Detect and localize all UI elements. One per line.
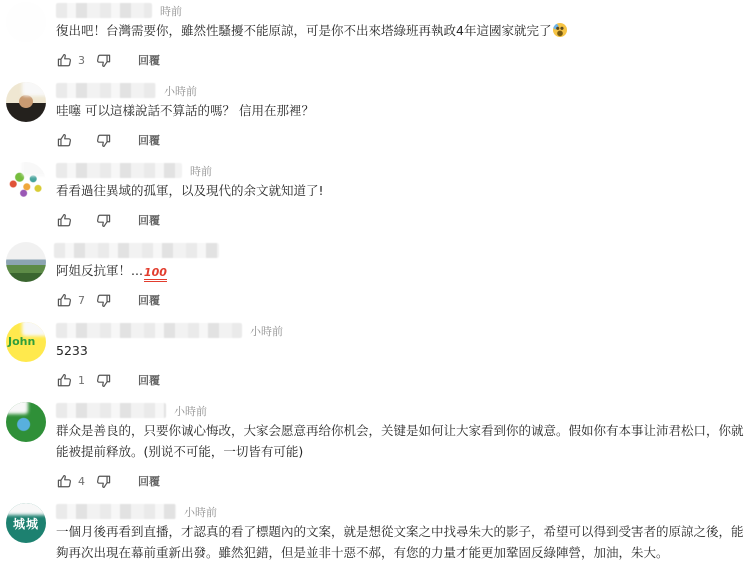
thumb-up-icon xyxy=(56,132,73,149)
redaction-blur xyxy=(22,322,46,336)
redaction-blur xyxy=(6,402,28,414)
avatar[interactable] xyxy=(6,162,46,202)
dislike-button[interactable] xyxy=(95,132,112,149)
comment: 小時前 哇噻 可以這樣說話不算話的嗎？ 信用在那裡？ 回覆 xyxy=(6,82,746,152)
comment-text: 阿姐反抗軍！... xyxy=(56,260,746,281)
avatar-face xyxy=(19,95,33,108)
like-button[interactable] xyxy=(56,52,73,69)
avatar-name-text: John xyxy=(8,335,35,348)
avatar[interactable] xyxy=(6,2,46,42)
avatar-name-text: 城城 xyxy=(13,515,39,532)
comment: 時前 看看過往異域的孤軍，以及現代的余文就知道了! 回覆 xyxy=(6,162,746,232)
comment-timestamp[interactable]: 小時前 xyxy=(174,403,207,419)
like-count: 4 xyxy=(78,475,91,488)
redacted-username[interactable] xyxy=(56,403,166,418)
reply-button[interactable]: 回覆 xyxy=(138,132,160,148)
hundred-points-emoji xyxy=(144,267,167,282)
comment: 時前 復出吧！台灣需要你，雖然性騷擾不能原諒，可是你不出來塔綠班再執政4年這國家… xyxy=(6,2,746,72)
sad-sweat-emoji xyxy=(553,23,567,37)
avatar[interactable]: John xyxy=(6,322,46,362)
comment: 小時前 群众是善良的，只要你诚心悔改，大家会愿意再给你机会，关键是如何让大家看到… xyxy=(6,402,746,493)
comment-timestamp[interactable]: 時前 xyxy=(160,3,182,19)
thumb-up-icon xyxy=(56,292,73,309)
thumb-down-icon xyxy=(95,473,112,490)
dislike-button[interactable] xyxy=(95,212,112,229)
dislike-button[interactable] xyxy=(95,372,112,389)
comment-text: 哇噻 可以這樣說話不算話的嗎？ 信用在那裡？ xyxy=(56,100,746,121)
redaction-blur xyxy=(22,82,46,96)
thumb-down-icon xyxy=(95,292,112,309)
like-count: 7 xyxy=(78,294,91,307)
redacted-username[interactable] xyxy=(56,83,156,98)
avatar[interactable] xyxy=(6,82,46,122)
avatar[interactable]: 城城 xyxy=(6,503,46,543)
redaction-blur xyxy=(6,503,46,515)
dislike-button[interactable] xyxy=(95,292,112,309)
redacted-username[interactable] xyxy=(56,323,242,338)
comment-timestamp[interactable]: 小時前 xyxy=(164,83,197,99)
thumb-down-icon xyxy=(95,132,112,149)
comment: John 小時前 5233 1 回覆 xyxy=(6,322,746,392)
redacted-username[interactable] xyxy=(56,163,182,178)
like-count: 3 xyxy=(78,54,91,67)
comment: 城城 小時前 一個月後再看到直播，才認真的看了標題內的文案，就是想從文案之中找尋… xyxy=(6,503,746,563)
comment-timestamp[interactable]: 小時前 xyxy=(250,323,283,339)
comment-text: 看看過往異域的孤軍，以及現代的余文就知道了! xyxy=(56,180,746,201)
reply-button[interactable]: 回覆 xyxy=(138,292,160,308)
like-button[interactable] xyxy=(56,132,73,149)
reply-button[interactable]: 回覆 xyxy=(138,212,160,228)
comment-timestamp[interactable]: 時前 xyxy=(190,163,212,179)
redacted-username[interactable] xyxy=(56,3,152,18)
thumb-up-icon xyxy=(56,212,73,229)
comment-text: 群众是善良的，只要你诚心悔改，大家会愿意再给你机会，关键是如何让大家看到你的诚意… xyxy=(56,420,746,462)
dislike-button[interactable] xyxy=(95,473,112,490)
comment-text: 一個月後再看到直播，才認真的看了標題內的文案，就是想從文案之中找尋朱大的影子，希… xyxy=(56,521,746,563)
like-button[interactable] xyxy=(56,212,73,229)
comment: 阿姐反抗軍！... 7 回覆 xyxy=(6,242,746,312)
avatar[interactable] xyxy=(6,242,46,282)
dislike-button[interactable] xyxy=(95,52,112,69)
reply-button[interactable]: 回覆 xyxy=(138,52,160,68)
thumb-down-icon xyxy=(95,372,112,389)
like-button[interactable] xyxy=(56,372,73,389)
redaction-blur xyxy=(22,162,46,176)
avatar[interactable] xyxy=(6,402,46,442)
thumb-up-icon xyxy=(56,372,73,389)
comment-text: 復出吧！台灣需要你，雖然性騷擾不能原諒，可是你不出來塔綠班再執政4年這國家就完了 xyxy=(56,20,746,41)
thumb-up-icon xyxy=(56,52,73,69)
reply-button[interactable]: 回覆 xyxy=(138,372,160,388)
thumb-down-icon xyxy=(95,52,112,69)
comments-section: 時前 復出吧！台灣需要你，雖然性騷擾不能原諒，可是你不出來塔綠班再執政4年這國家… xyxy=(0,0,750,563)
like-button[interactable] xyxy=(56,473,73,490)
redacted-username[interactable] xyxy=(56,504,176,519)
redacted-username[interactable] xyxy=(54,243,219,258)
thumb-up-icon xyxy=(56,473,73,490)
like-count: 1 xyxy=(78,374,91,387)
comment-timestamp[interactable]: 小時前 xyxy=(184,504,217,520)
reply-button[interactable]: 回覆 xyxy=(138,473,160,489)
comment-text: 5233 xyxy=(56,340,746,361)
like-button[interactable] xyxy=(56,292,73,309)
thumb-down-icon xyxy=(95,212,112,229)
